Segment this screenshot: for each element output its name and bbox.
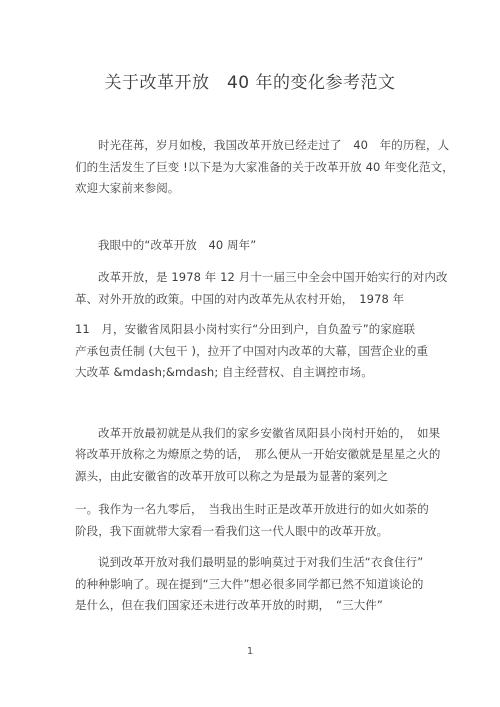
text-line: 改革开放，是 1978 年 12 月十一届三中全会中国开始实行的对内改: [75, 267, 437, 289]
document-title: 关于改革开放 40 年的变化参考范文: [0, 0, 500, 96]
section-heading: 我眼中的“改革开放 40 周年”: [75, 235, 437, 257]
text-line: 们的生活发生了巨变 !以下是为大家准备的关于改革开放 40 年变化范文，: [75, 157, 437, 179]
paragraph-daily-life-impact: 说到改革开放对我们最明显的影响莫过于对我们生活“衣食住行” 的种种影响了。现在提…: [75, 552, 437, 617]
text-line: 时光荏苒，岁月如梭，我国改革开放已经走过了 40 年的历程，人: [75, 135, 437, 157]
paragraph-xiaogang-village: 11 月，安徽省凤阳县小岗村实行“分田到户，自负盈亏”的家庭联 产承包责任制 (…: [75, 319, 437, 384]
text-line: 11 月，安徽省凤阳县小岗村实行“分田到户，自负盈亏”的家庭联: [75, 319, 437, 341]
document-page: 关于改革开放 40 年的变化参考范文 时光荏苒，岁月如梭，我国改革开放已经走过了…: [0, 0, 500, 707]
page-number: 1: [0, 644, 500, 660]
text-line: 阶段，我下面就带大家看一看我们这一代人眼中的改革开放。: [75, 521, 437, 543]
text-line: 源头，由此安徽省的改革开放可以称之为是最为显著的案列之: [75, 466, 437, 488]
text-line: 将改革开放称之为燎原之势的话， 那么便从一开始安徽就是星星之火的: [75, 444, 437, 466]
text-line: 说到改革开放对我们最明显的影响莫过于对我们生活“衣食住行”: [75, 552, 437, 574]
text-line: 一。我作为一名九零后， 当我出生时正是改革开放进行的如火如荼的: [75, 499, 437, 521]
text-line: 产承包责任制 (大包干 )，拉开了中国对内改革的大幕，国营企业的重: [75, 341, 437, 363]
paragraph-post-90s-view: 一。我作为一名九零后， 当我出生时正是改革开放进行的如火如荼的 阶段，我下面就带…: [75, 499, 437, 542]
paragraph-intro: 时光荏苒，岁月如梭，我国改革开放已经走过了 40 年的历程，人 们的生活发生了巨…: [75, 135, 437, 200]
heading-line: 我眼中的“改革开放 40 周年”: [75, 235, 437, 257]
paragraph-anhui-origin: 改革开放最初就是从我们的家乡安徽省凤阳县小岗村开始的， 如果 将改革开放称之为燎…: [75, 423, 437, 488]
text-line: 革、对外开放的政策。中国的对内改革先从农村开始， 1978 年: [75, 289, 437, 311]
text-line: 改革开放最初就是从我们的家乡安徽省凤阳县小岗村开始的， 如果: [75, 423, 437, 445]
text-line: 的种种影响了。现在提到“三大件”想必很多同学都已然不知道谈论的: [75, 574, 437, 596]
text-line: 欢迎大家前来参阅。: [75, 178, 437, 200]
paragraph-reform-policy: 改革开放，是 1978 年 12 月十一届三中全会中国开始实行的对内改 革、对外…: [75, 267, 437, 310]
text-line: 大改革 &mdash;&mdash; 自主经营权、自主调控市场。: [75, 362, 437, 384]
text-line: 是什么，但在我们国家还未进行改革开放的时期， “三大件”: [75, 595, 437, 617]
